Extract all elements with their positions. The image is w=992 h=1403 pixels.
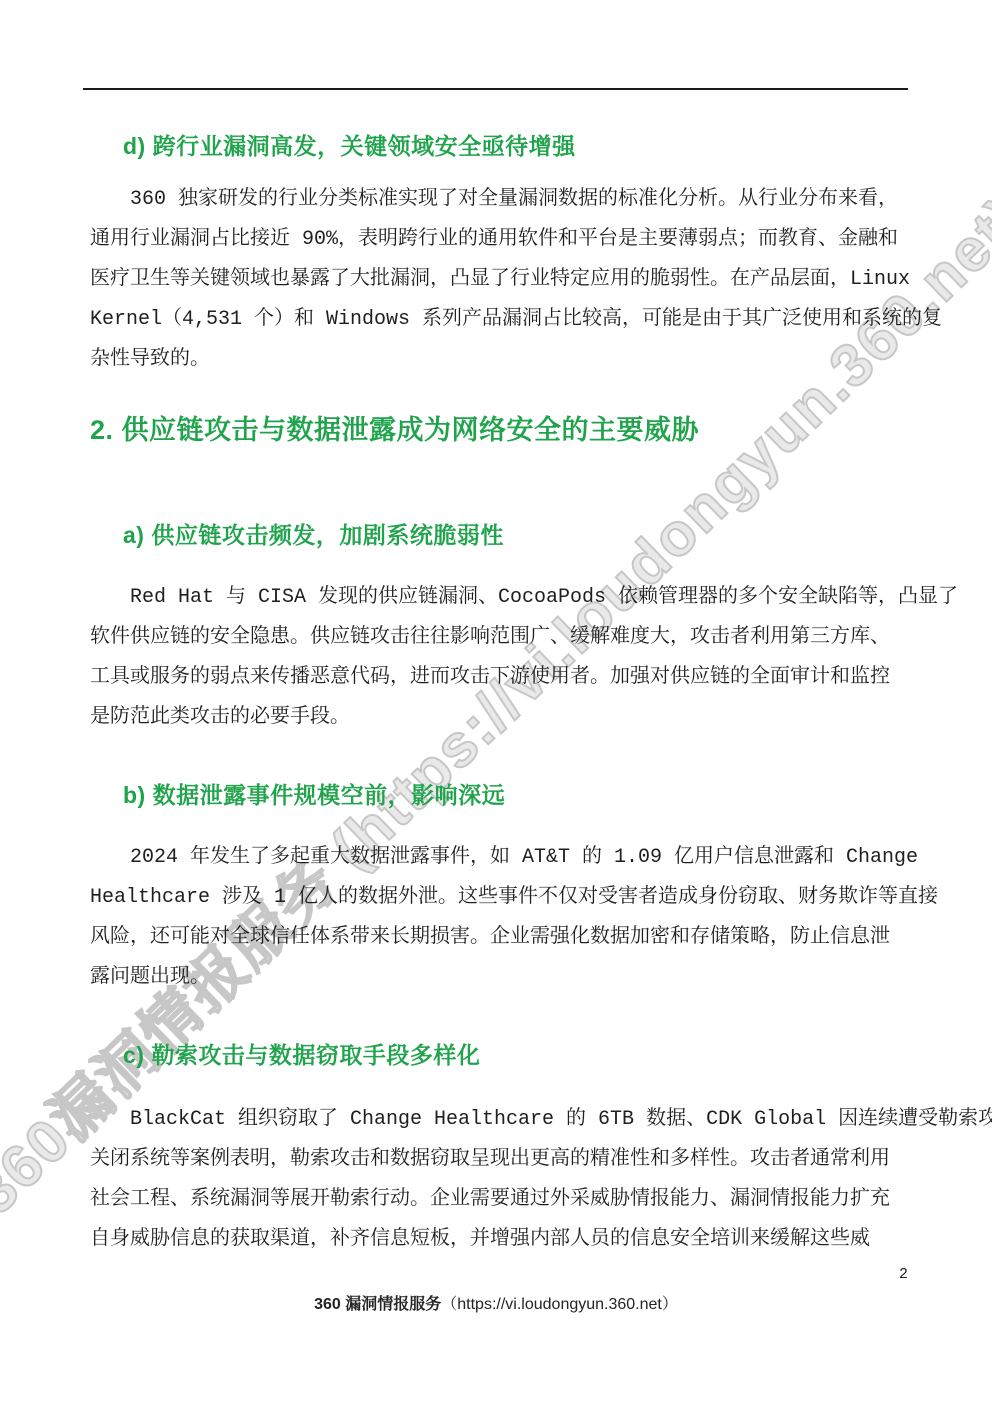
text-line: 医疗卫生等关键领域也暴露了大批漏洞，凸显了行业特定应用的脆弱性。在产品层面，Li… xyxy=(90,260,910,300)
paragraph-ransomware: BlackCat 组织窃取了 Change Healthcare 的 6TB 数… xyxy=(90,1100,910,1260)
text-line: 社会工程、系统漏洞等展开勒索行动。企业需要通过外采威胁情报能力、漏洞情报能力扩充 xyxy=(90,1180,910,1220)
paragraph-data-breach: 2024 年发生了多起重大数据泄露事件，如 AT&T 的 1.09 亿用户信息泄… xyxy=(90,838,910,998)
content-layer: d) 跨行业漏洞高发，关键领域安全亟待增强 360 独家研发的行业分类标准实现了… xyxy=(0,0,992,1403)
footer-brand: 360 漏洞情报服务 xyxy=(314,1296,441,1313)
text-line: 2024 年发生了多起重大数据泄露事件，如 AT&T 的 1.09 亿用户信息泄… xyxy=(90,838,910,878)
text-line: Healthcare 涉及 1 亿人的数据外泄。这些事件不仅对受害者造成身份窃取… xyxy=(90,878,910,918)
text-line: Red Hat 与 CISA 发现的供应链漏洞、CocoaPods 依赖管理器的… xyxy=(90,578,910,618)
page-number: 2 xyxy=(899,1266,908,1283)
header-rule xyxy=(83,88,908,90)
text-line: 自身威胁信息的获取渠道，补齐信息短板，并增强内部人员的信息安全培训来缓解这些威 xyxy=(90,1220,910,1260)
text-line: Kernel（4,531 个）和 Windows 系列产品漏洞占比较高，可能是由… xyxy=(90,300,910,340)
text-line: 杂性导致的。 xyxy=(90,340,910,380)
subsection-heading-b: b) 数据泄露事件规模空前，影响深远 xyxy=(123,777,505,810)
text-line: 软件供应链的安全隐患。供应链攻击往往影响范围广、缓解难度大，攻击者利用第三方库、 xyxy=(90,618,910,658)
text-line: 通用行业漏洞占比接近 90%，表明跨行业的通用软件和平台是主要薄弱点；而教育、金… xyxy=(90,220,910,260)
document-page: 360漏洞情报服务 (https://vi.loudongyun.360.net… xyxy=(0,0,992,1403)
text-line: 是防范此类攻击的必要手段。 xyxy=(90,698,910,738)
text-line: 工具或服务的弱点来传播恶意代码，进而攻击下游使用者。加强对供应链的全面审计和监控 xyxy=(90,658,910,698)
paragraph-supply-chain: Red Hat 与 CISA 发现的供应链漏洞、CocoaPods 依赖管理器的… xyxy=(90,578,910,738)
text-line: 风险，还可能对全球信任体系带来长期损害。企业需强化数据加密和存储策略，防止信息泄 xyxy=(90,918,910,958)
paragraph-cross-industry: 360 独家研发的行业分类标准实现了对全量漏洞数据的标准化分析。从行业分布来看，… xyxy=(90,180,910,380)
section-heading-2: 2. 供应链攻击与数据泄露成为网络安全的主要威胁 xyxy=(90,408,699,447)
subsection-heading-a: a) 供应链攻击频发，加剧系统脆弱性 xyxy=(123,517,504,550)
subsection-heading-c: c) 勒索攻击与数据窃取手段多样化 xyxy=(123,1037,480,1070)
footer-url: （https://vi.loudongyun.360.net） xyxy=(441,1296,678,1313)
text-line: BlackCat 组织窃取了 Change Healthcare 的 6TB 数… xyxy=(90,1100,910,1140)
page-footer: 360 漏洞情报服务（https://vi.loudongyun.360.net… xyxy=(0,1291,992,1314)
text-line: 关闭系统等案例表明，勒索攻击和数据窃取呈现出更高的精准性和多样性。攻击者通常利用 xyxy=(90,1140,910,1180)
text-line: 360 独家研发的行业分类标准实现了对全量漏洞数据的标准化分析。从行业分布来看， xyxy=(90,180,910,220)
text-line: 露问题出现。 xyxy=(90,958,910,998)
subsection-heading-d: d) 跨行业漏洞高发，关键领域安全亟待增强 xyxy=(123,128,576,161)
